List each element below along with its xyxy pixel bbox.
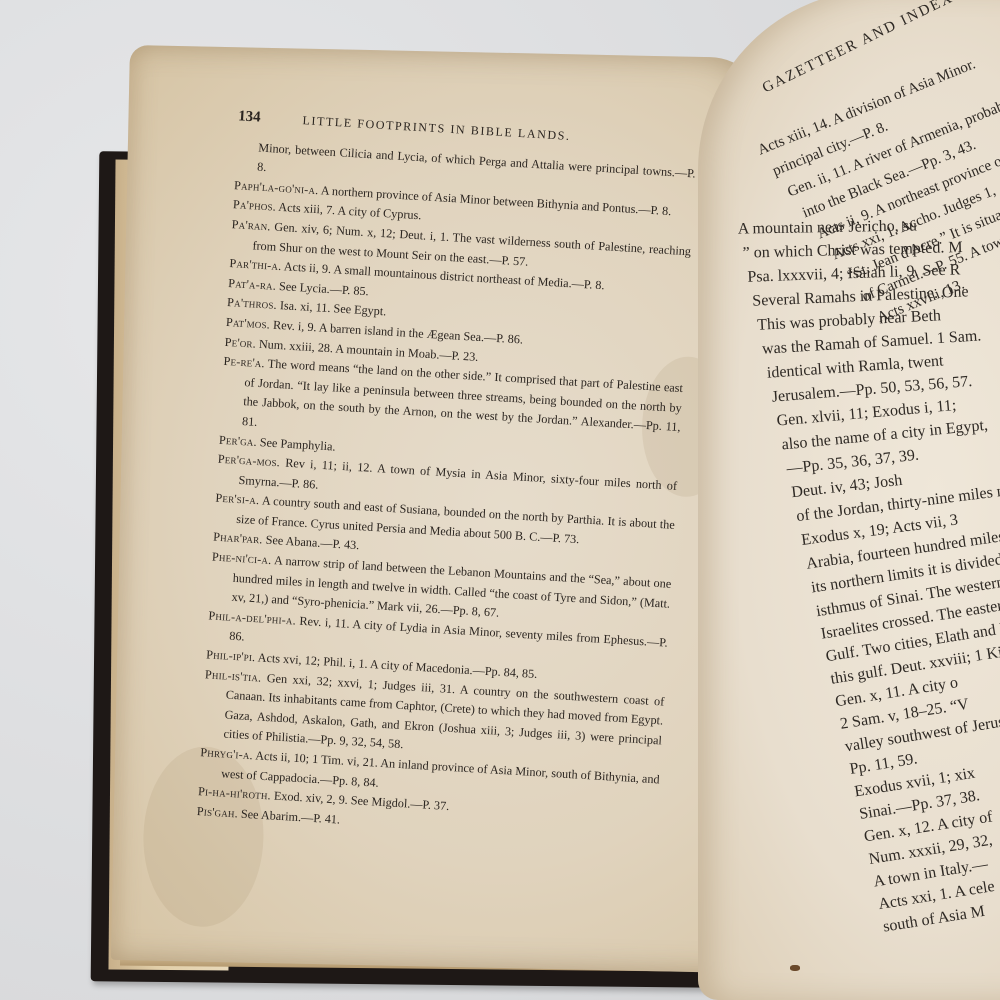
- left-page: 134 LITTLE FOOTPRINTS IN BIBLE LANDS. Mi…: [111, 45, 770, 973]
- entry-text: Isa. xi, 11. See Egypt.: [280, 298, 387, 318]
- photo-scene: 134 LITTLE FOOTPRINTS IN BIBLE LANDS. Mi…: [0, 0, 1000, 1000]
- entry-headword: Pa'ran.: [231, 217, 271, 233]
- running-head-title: LITTLE FOOTPRINTS IN BIBLE LANDS.: [302, 111, 571, 146]
- entry-headword: Per'ga.: [219, 432, 258, 448]
- entry-headword: Phe-ni'ci-a.: [212, 550, 272, 568]
- entry-headword: Per'ga-mos.: [217, 452, 280, 470]
- entry-headword: Pe-re'a.: [223, 354, 265, 370]
- entry-headword: Phil-a-del'phi-a.: [208, 608, 296, 627]
- torn-page-fragment: [790, 965, 800, 971]
- entry-headword: Paph'la-go'ni-a.: [234, 178, 319, 197]
- right-page-text: A mountain near Jericho, su” on which Ch…: [738, 190, 1000, 944]
- entry-headword: Phryg'i-a.: [200, 745, 253, 762]
- entry-headword: Phil-ip'pi.: [206, 647, 256, 664]
- entry-text: See Lycia.—P. 85.: [279, 279, 369, 298]
- gazetteer-entries: Minor, between Cilicia and Lycia, of whi…: [196, 137, 696, 849]
- entry-headword: Pa'phos.: [233, 198, 277, 215]
- entry-headword: Pi-ha-hi'roth.: [198, 784, 272, 802]
- entry-headword: Par'thi-a.: [229, 256, 282, 273]
- left-page-text: 134 LITTLE FOOTPRINTS IN BIBLE LANDS. Mi…: [196, 107, 698, 848]
- entry-headword: Pat'a-ra.: [228, 276, 277, 293]
- entry-headword: Pat'mos.: [226, 315, 271, 332]
- entry-headword: Pa'thros.: [227, 295, 278, 312]
- entry-headword: Pis'gah.: [197, 804, 239, 820]
- entry-text: See Abarim.—P. 41.: [241, 806, 341, 826]
- entry-headword: Per'si-a.: [215, 491, 260, 508]
- right-page: GAZETTEER AND INDEX. Acts xiii, 14. A di…: [698, 0, 1000, 1000]
- entry-text: See Abana.—P. 43.: [265, 533, 359, 553]
- page-number: 134: [238, 107, 262, 128]
- entry-headword: Phar'par.: [213, 530, 263, 547]
- entry-text: See Pamphylia.: [259, 435, 336, 453]
- entry-headword: Pe'or.: [224, 334, 256, 350]
- entry-headword: Phil-is'tia.: [205, 667, 262, 684]
